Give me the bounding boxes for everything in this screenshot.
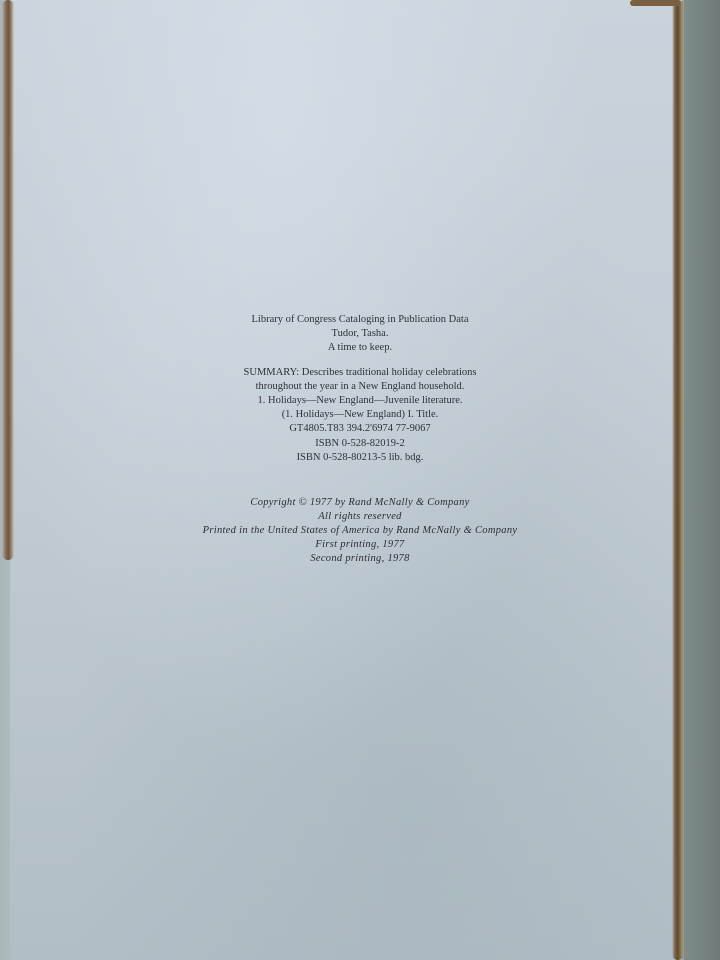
classification-line: GT4805.T83 394.2'6974 77-9067: [200, 422, 520, 436]
book-page: [10, 0, 682, 960]
copyright-block: Copyright © 1977 by Rand McNally & Compa…: [140, 496, 580, 566]
isbn-line: ISBN 0-528-80213-5 lib. bdg.: [200, 451, 520, 465]
copyright-notice: Copyright © 1977 by Rand McNally & Compa…: [140, 496, 580, 510]
cataloging-heading: Library of Congress Cataloging in Public…: [200, 313, 520, 327]
book-title: A time to keep.: [200, 341, 520, 355]
cataloging-block: Library of Congress Cataloging in Public…: [200, 313, 520, 465]
page-edge-right: [672, 0, 684, 960]
subject-line: (1. Holidays—New England) I. Title.: [200, 408, 520, 422]
page-edge-left: [2, 0, 14, 560]
adjacent-page-shadow: [684, 0, 720, 960]
second-printing: Second printing, 1978: [140, 552, 580, 566]
rights-reserved: All rights reserved: [140, 510, 580, 524]
first-printing: First printing, 1977: [140, 538, 580, 552]
author: Tudor, Tasha.: [200, 327, 520, 341]
summary-line: throughout the year in a New England hou…: [200, 380, 520, 394]
page-edge-top: [630, 0, 680, 6]
subject-line: 1. Holidays—New England—Juvenile literat…: [200, 394, 520, 408]
isbn-line: ISBN 0-528-82019-2: [200, 437, 520, 451]
printed-in: Printed in the United States of America …: [140, 524, 580, 538]
summary-line: SUMMARY: Describes traditional holiday c…: [200, 366, 520, 380]
